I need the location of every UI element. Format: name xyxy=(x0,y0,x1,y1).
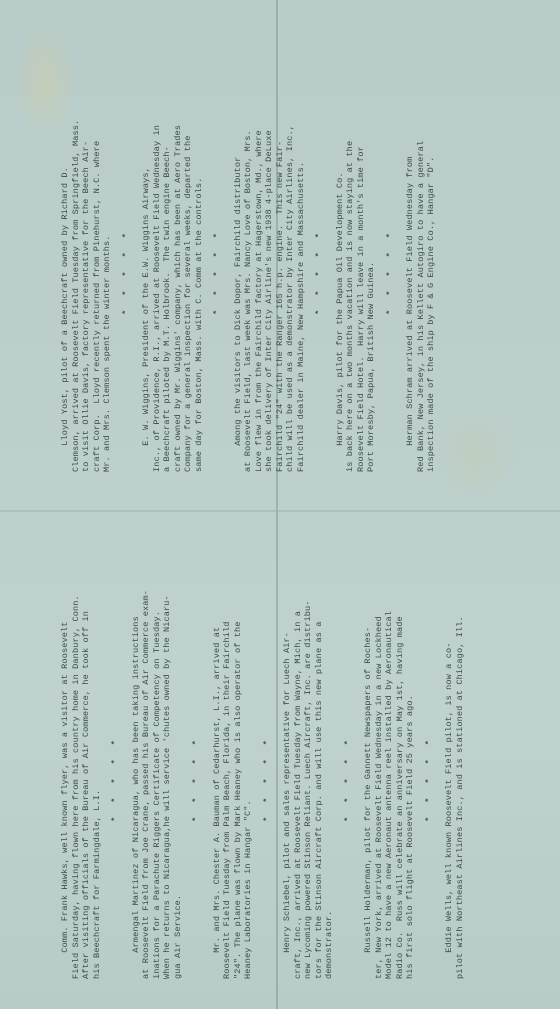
text-line: Russell Holderman, pilot for the Gannett… xyxy=(363,569,374,979)
news-item: Lloyd Yost, pilot of a Beechcraft owned … xyxy=(60,62,113,472)
text-line: Inc., of Providence, R.I., arrived at Ro… xyxy=(152,62,163,472)
text-line: same day for Boston, Mass. with C. Comm … xyxy=(194,62,205,472)
text-line: tors for the Stinson Aircraft Corp. and … xyxy=(314,569,325,979)
text-line: gua Air Service. xyxy=(173,569,184,979)
text-line: his first solo flight at Roosevelt Field… xyxy=(405,569,416,979)
text-line: inspection made of the ship by F & G Eng… xyxy=(426,62,437,472)
text-line: demonstrator. xyxy=(324,569,335,979)
separator-stars: ***** xyxy=(262,569,273,979)
text-line: a Beechcraft piloted by M.T. Holbrook. T… xyxy=(162,62,173,472)
separator-stars: ***** xyxy=(343,569,354,979)
text-line: Company for a general inspection for sev… xyxy=(183,62,194,472)
text-line: Clemson, arrived at Roosevelt Field Tues… xyxy=(71,62,82,472)
text-line: Eddie Wells, well known Roosevelt Field … xyxy=(444,569,455,979)
right-column: Lloyd Yost, pilot of a Beechcraft owned … xyxy=(60,62,445,472)
text-line: After visiting officials of the Bureau o… xyxy=(81,569,92,979)
text-line: Red Bank, New Jersey, in his Kellett Aut… xyxy=(416,62,427,472)
text-line: craft owned by Mr. Wiggins' company, whi… xyxy=(173,62,184,472)
separator-stars: ***** xyxy=(191,569,202,979)
text-line: Henry Schiebel, pilot and sales represen… xyxy=(282,569,293,979)
text-line: at Roosevelt Field, last week was Mrs. N… xyxy=(243,62,254,472)
text-line: Lloyd Yost, pilot of a Beechcraft owned … xyxy=(60,62,71,472)
news-item: Eddie Wells, well known Roosevelt Field … xyxy=(444,569,465,979)
news-item: Herman Schram arrived at Roosevelt Field… xyxy=(405,62,437,472)
text-line: Fairchild dealer in Maine, New Hampshire… xyxy=(296,62,307,472)
separator-stars: ***** xyxy=(212,62,223,472)
text-line: Fairchild "24" with the Ranger 165 h.p. … xyxy=(275,62,286,472)
left-column: Comm. Frank Hawks, well known flyer, was… xyxy=(60,569,473,979)
news-item: Armengal Martinez of Nicaragua, who has … xyxy=(131,569,184,979)
news-item: E. W. Wiggins, President of the E.W. Wig… xyxy=(141,62,204,472)
text-line: Harry Davis, pilot for the Papua Oil Dev… xyxy=(335,62,346,472)
news-item: Among the visitors to Dick Dopor, Fairch… xyxy=(233,62,307,472)
text-line: Roosevelt Field Tuesday from Palm Beach,… xyxy=(222,569,233,979)
news-item: Comm. Frank Hawks, well known flyer, was… xyxy=(60,569,102,979)
text-line: Herman Schram arrived at Roosevelt Field… xyxy=(405,62,416,472)
text-line: inations for a Parachute Riggers Certifi… xyxy=(152,569,163,979)
text-line: Among the visitors to Dick Dopor, Fairch… xyxy=(233,62,244,472)
text-line: Mr. and Mrs. Clemson spent the winter mo… xyxy=(102,62,113,472)
text-line: "24". The plane was flown by Mark Heaney… xyxy=(233,569,244,979)
text-line: ter, New York, arrived at Roosevelt Fiel… xyxy=(374,569,385,979)
typewritten-page: Comm. Frank Hawks, well known flyer, was… xyxy=(0,0,560,1009)
news-item: Henry Schiebel, pilot and sales represen… xyxy=(282,569,335,979)
text-line: to visit Ollie Davis, factory representa… xyxy=(81,62,92,472)
news-item: Russell Holderman, pilot for the Gannett… xyxy=(363,569,416,979)
text-line: she took delivery of Inter City Airline'… xyxy=(264,62,275,472)
text-line: Roosevelt Field Hotel. Harry will leave … xyxy=(356,62,367,472)
news-item: Mr. and Mrs. Chester A. Bauman of Cedarh… xyxy=(212,569,254,979)
text-line: Port Moresby, Papua, British New Guinea. xyxy=(366,62,377,472)
text-line: Armengal Martinez of Nicaragua, who has … xyxy=(131,569,142,979)
text-line: craft, Inc., arrived at Roosevelt Field … xyxy=(293,569,304,979)
news-item: Harry Davis, pilot for the Papua Oil Dev… xyxy=(335,62,377,472)
text-line: new Lycoming powered Stinson Reliant. Lu… xyxy=(303,569,314,979)
text-line: Mr. and Mrs. Chester A. Bauman of Cedarh… xyxy=(212,569,223,979)
separator-stars: ***** xyxy=(424,569,435,979)
text-line: at Roosevelt Field from Joe Crane, passe… xyxy=(141,569,152,979)
text-line: Heaney Laboratories in Hangar "C". xyxy=(243,569,254,979)
separator-stars: ***** xyxy=(110,569,121,979)
text-line: pilot with Northeast Airlines Inc., and … xyxy=(455,569,466,979)
separator-stars: ***** xyxy=(121,62,132,472)
separator-stars: ***** xyxy=(314,62,325,472)
text-line: Radio Co. Russ will celebrate an anniver… xyxy=(395,569,406,979)
text-line: E. W. Wiggins, President of the E.W. Wig… xyxy=(141,62,152,472)
text-line: his Beechcraft for Farmingdale, L.I. xyxy=(92,569,103,979)
text-line: Model 12 to have a new Aeronaut antenna … xyxy=(384,569,395,979)
text-line: Love flew in from the Fairchild factory … xyxy=(254,62,265,472)
separator-stars: ***** xyxy=(385,62,396,472)
paper-fold-vertical xyxy=(0,510,560,512)
text-line: craft Corp. Lloyd recently returned from… xyxy=(92,62,103,472)
text-line: child will be used as a demonstrator by … xyxy=(285,62,296,472)
text-line: When he returns to Nicaragua,he will ser… xyxy=(162,569,173,979)
text-line: Field Saturday, having flown here from h… xyxy=(71,569,82,979)
text-line: is back here on a two months vacation an… xyxy=(345,62,356,472)
text-line: Comm. Frank Hawks, well known flyer, was… xyxy=(60,569,71,979)
